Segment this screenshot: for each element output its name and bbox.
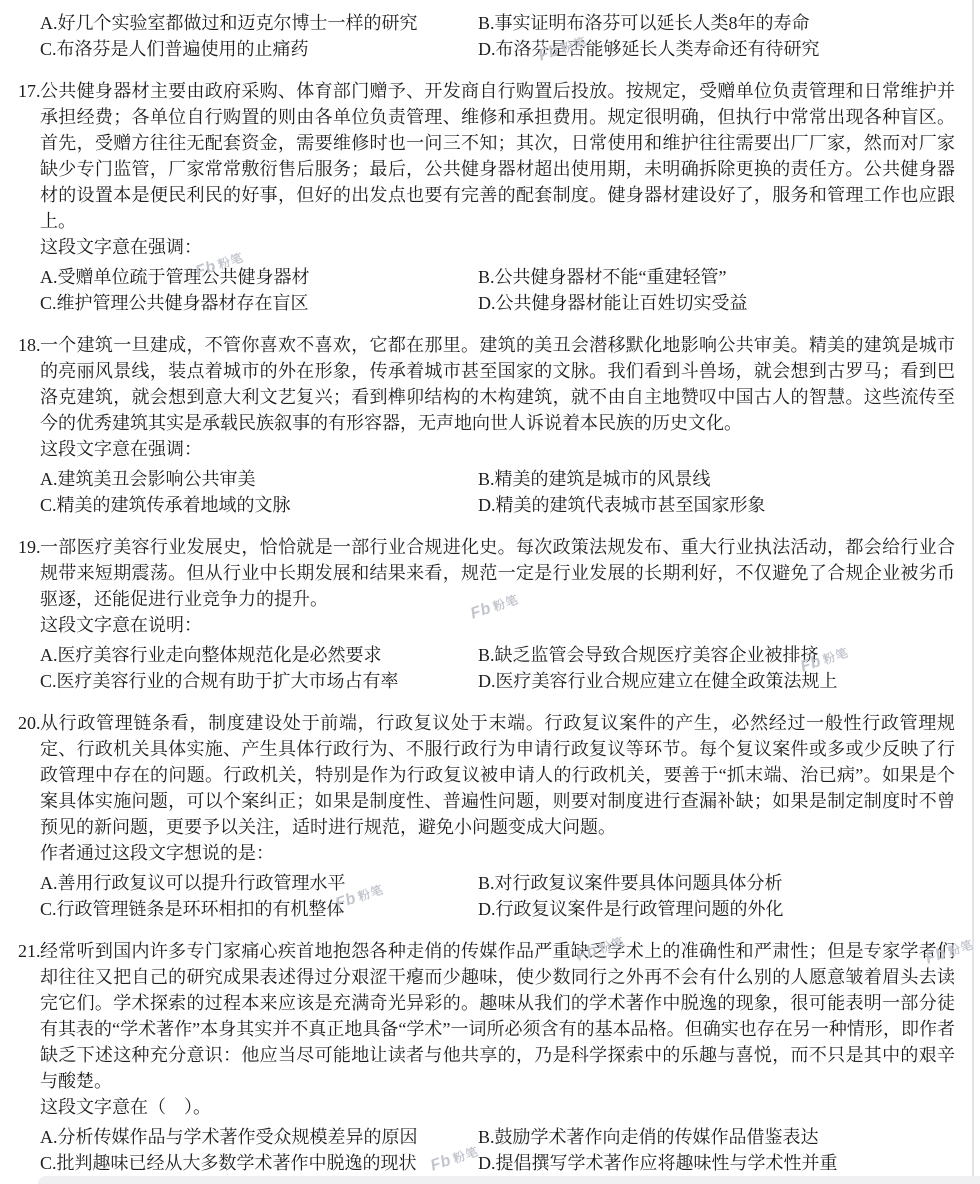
question-number: 19. [18, 534, 41, 560]
question-21: 21. 经常听到国内许多专门家痛心疾首地抱怨各种走俏的传媒作品严重缺乏学术上的准… [0, 938, 980, 1176]
question-stem: 这段文字意在强调： [40, 234, 955, 260]
option-a: A.善用行政复议可以提升行政管理水平 [40, 870, 478, 896]
option-a: A.受赠单位疏于管理公共健身器材 [40, 264, 478, 290]
option-c: C.批判趣味已经从大多数学术著作中脱逸的现状 [40, 1150, 478, 1176]
question-text: 公共健身器材主要由政府采购、体育部门赠予、开发商自行购置后投放。按规定，受赠单位… [40, 78, 955, 234]
option-b: B.对行政复议案件要具体问题具体分析 [478, 870, 955, 896]
question-text: 一个建筑一旦建成，不管你喜欢不喜欢，它都在那里。建筑的美丑会潜移默化地影响公共审… [40, 332, 955, 436]
option-b: B.缺乏监管会导致合规医疗美容企业被排挤 [478, 642, 955, 668]
option-a: A.医疗美容行业走向整体规范化是必然要求 [40, 642, 478, 668]
question-number: 21. [18, 938, 41, 964]
question-options: A.分析传媒作品与学术著作受众规模差异的原因 B.鼓励学术著作向走俏的传媒作品借… [40, 1124, 955, 1176]
option-a: A.分析传媒作品与学术著作受众规模差异的原因 [40, 1124, 478, 1150]
question-18: 18. 一个建筑一旦建成，不管你喜欢不喜欢，它都在那里。建筑的美丑会潜移默化地影… [0, 332, 980, 518]
option-b: B.鼓励学术著作向走俏的传媒作品借鉴表达 [478, 1124, 955, 1150]
question-19: 19. 一部医疗美容行业发展史，恰恰就是一部行业合规进化史。每次政策法规发布、重… [0, 534, 980, 694]
question-options: A.医疗美容行业走向整体规范化是必然要求 B.缺乏监管会导致合规医疗美容企业被排… [40, 642, 955, 694]
question-options: A.受赠单位疏于管理公共健身器材 B.公共健身器材不能“重建轻管” C.维护管理… [40, 264, 955, 316]
question-text: 经常听到国内许多专门家痛心疾首地抱怨各种走俏的传媒作品严重缺乏学术上的准确性和严… [40, 938, 955, 1094]
carryover-option-b: B.事实证明布洛芬可以延长人类8年的寿命 [478, 10, 955, 36]
carryover-options-block: A.好几个实验室都做过和迈克尔博士一样的研究 B.事实证明布洛芬可以延长人类8年… [0, 10, 980, 62]
question-stem: 这段文字意在（ ）。 [40, 1094, 955, 1120]
question-17: 17. 公共健身器材主要由政府采购、体育部门赠予、开发商自行购置后投放。按规定，… [0, 78, 980, 316]
question-number: 20. [18, 710, 41, 736]
question-text: 从行政管理链条看，制度建设处于前端，行政复议处于末端。行政复议案件的产生，必然经… [40, 710, 955, 840]
question-number: 18. [18, 332, 41, 358]
option-d: D.行政复议案件是行政管理问题的外化 [478, 896, 955, 922]
question-stem: 这段文字意在说明： [40, 612, 955, 638]
option-d: D.精美的建筑代表城市甚至国家形象 [478, 492, 955, 518]
option-d: D.医疗美容行业合规应建立在健全政策法规上 [478, 668, 955, 694]
question-stem: 这段文字意在强调： [40, 436, 955, 462]
option-d: D.公共健身器材能让百姓切实受益 [478, 290, 955, 316]
option-c: C.精美的建筑传承着地域的文脉 [40, 492, 478, 518]
option-c: C.行政管理链条是环环相扣的有机整体 [40, 896, 478, 922]
question-stem: 作者通过这段文字想说的是： [40, 840, 955, 866]
question-number: 17. [18, 78, 41, 104]
question-options: A.善用行政复议可以提升行政管理水平 B.对行政复议案件要具体问题具体分析 C.… [40, 870, 955, 922]
question-text: 一部医疗美容行业发展史，恰恰就是一部行业合规进化史。每次政策法规发布、重大行业执… [40, 534, 955, 612]
carryover-options: A.好几个实验室都做过和迈克尔博士一样的研究 B.事实证明布洛芬可以延长人类8年… [40, 10, 955, 62]
carryover-option-d: D.布洛芬是否能够延长人类寿命还有待研究 [478, 36, 955, 62]
next-page-edge [38, 1176, 980, 1184]
carryover-option-c: C.布洛芬是人们普遍使用的止痛药 [40, 36, 478, 62]
option-b: B.公共健身器材不能“重建轻管” [478, 264, 955, 290]
question-options: A.建筑美丑会影响公共审美 B.精美的建筑是城市的风景线 C.精美的建筑传承着地… [40, 466, 955, 518]
option-c: C.维护管理公共健身器材存在盲区 [40, 290, 478, 316]
option-a: A.建筑美丑会影响公共审美 [40, 466, 478, 492]
page-right-edge-line [972, 0, 974, 1176]
option-c: C.医疗美容行业的合规有助于扩大市场占有率 [40, 668, 478, 694]
carryover-option-a: A.好几个实验室都做过和迈克尔博士一样的研究 [40, 10, 478, 36]
option-b: B.精美的建筑是城市的风景线 [478, 466, 955, 492]
document-page: A.好几个实验室都做过和迈克尔博士一样的研究 B.事实证明布洛芬可以延长人类8年… [0, 0, 980, 1184]
option-d: D.提倡撰写学术著作应将趣味性与学术性并重 [478, 1150, 955, 1176]
question-20: 20. 从行政管理链条看，制度建设处于前端，行政复议处于末端。行政复议案件的产生… [0, 710, 980, 922]
